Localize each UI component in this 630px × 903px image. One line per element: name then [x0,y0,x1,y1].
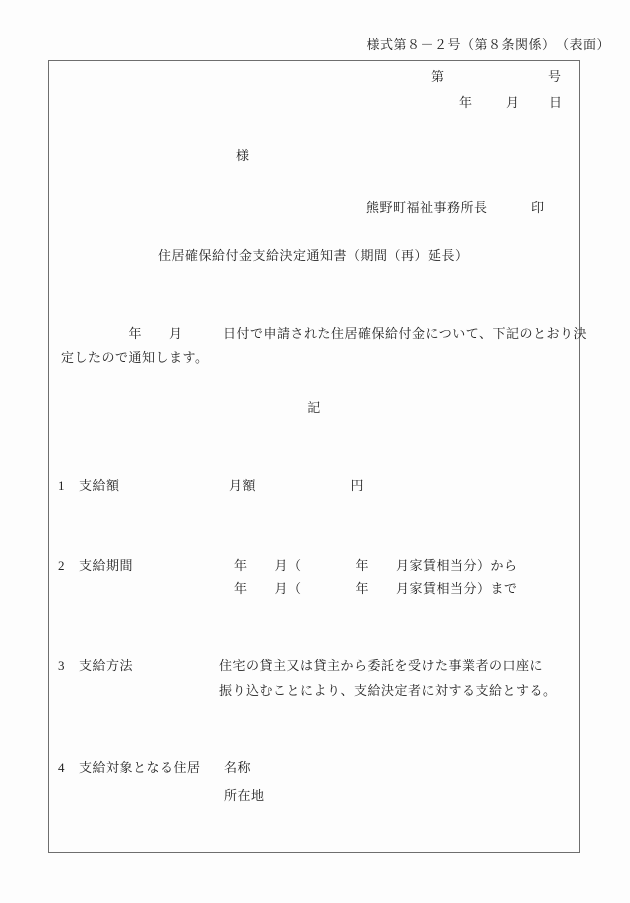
item-1-label: 支給額 [79,476,120,496]
item-3-number: 3 [58,656,65,676]
item-4-number: 4 [58,758,65,778]
item-2-value-line-1: 年 月（ 年 月家賃相当分）から [234,556,518,576]
form-number-label: 様式第８－２号（第８条関係） （表面） [366,35,610,55]
addressee-honorific: 様 [236,146,250,166]
item-3-value-line-1: 住宅の貸主又は貸主から委託を受けた事業者の口座に [219,656,543,676]
item-3-label: 支給方法 [79,656,133,676]
doc-number-prefix: 第 [431,67,445,87]
body-line-1: 年 月 日付で申請された住居確保給付金について、下記のとおり決 [61,324,587,344]
item-2-number: 2 [58,556,65,576]
item-4-label: 支給対象となる住居 [79,758,201,778]
date-year-label: 年 [459,93,473,113]
item-1-value-line-1: 月額 円 [229,476,364,496]
date-month-label: 月 [506,93,520,113]
document-frame: 第 号 年 月 日 様 熊野町福祉事務所長 印 住居確保給付金支給決定通知書（期… [48,60,580,853]
item-1-number: 1 [58,476,65,496]
item-2-value-line-2: 年 月（ 年 月家賃相当分）まで [234,579,518,599]
notification-document-page: 様式第８－２号（第８条関係） （表面） 第 号 年 月 日 様 熊野町福祉事務所… [0,0,630,903]
document-title: 住居確保給付金支給決定通知書（期間（再）延長） [158,246,469,266]
item-4-value-line-1: 名称 [224,758,251,778]
seal-placeholder: 印 [531,198,545,218]
record-marker: 記 [49,398,579,418]
item-2-label: 支給期間 [79,556,133,576]
issuer-title: 熊野町福祉事務所長 [366,198,488,218]
item-3-value-line-2: 振り込むことにより、支給決定者に対する支給とする。 [219,681,557,701]
body-line-2: 定したので通知します。 [61,348,208,368]
item-4-value-line-2: 所在地 [224,786,265,806]
date-day-label: 日 [549,93,563,113]
doc-number-suffix: 号 [548,67,562,87]
